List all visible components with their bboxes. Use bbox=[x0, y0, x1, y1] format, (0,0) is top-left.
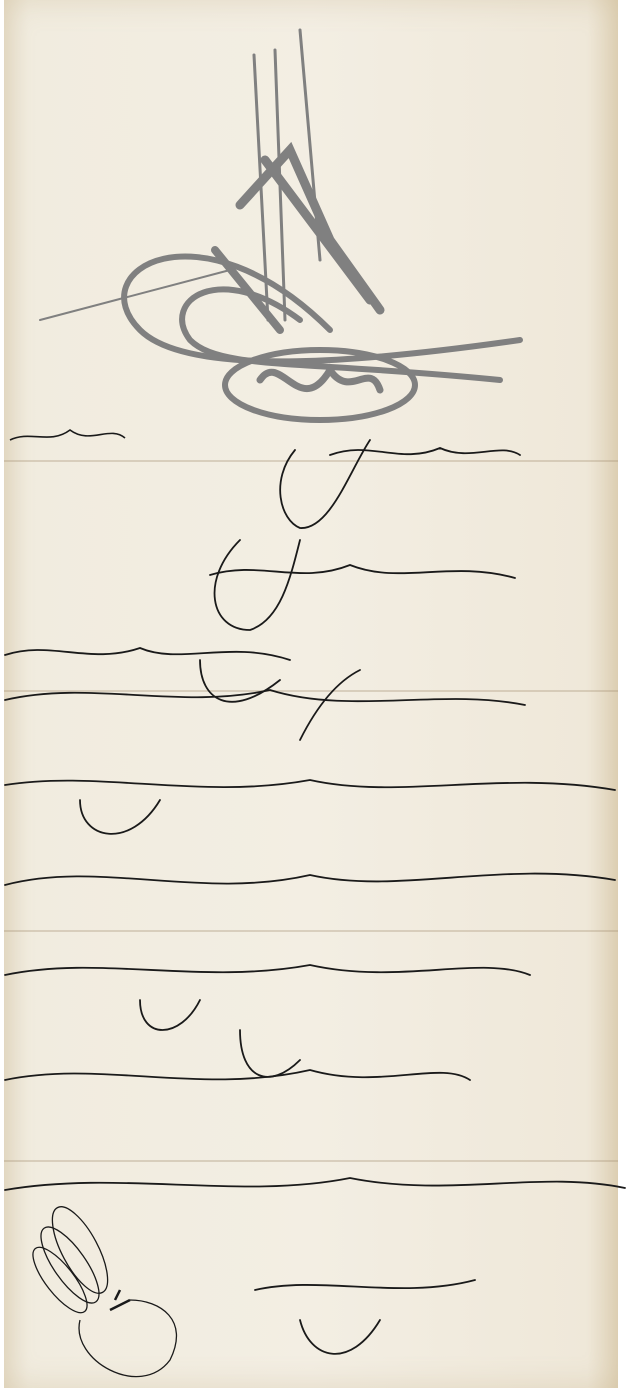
marginal-note bbox=[10, 430, 125, 440]
text-lines bbox=[5, 440, 625, 1354]
tughra-icon bbox=[40, 30, 520, 420]
signature-icon bbox=[24, 1199, 176, 1376]
document-artwork bbox=[0, 0, 628, 1400]
